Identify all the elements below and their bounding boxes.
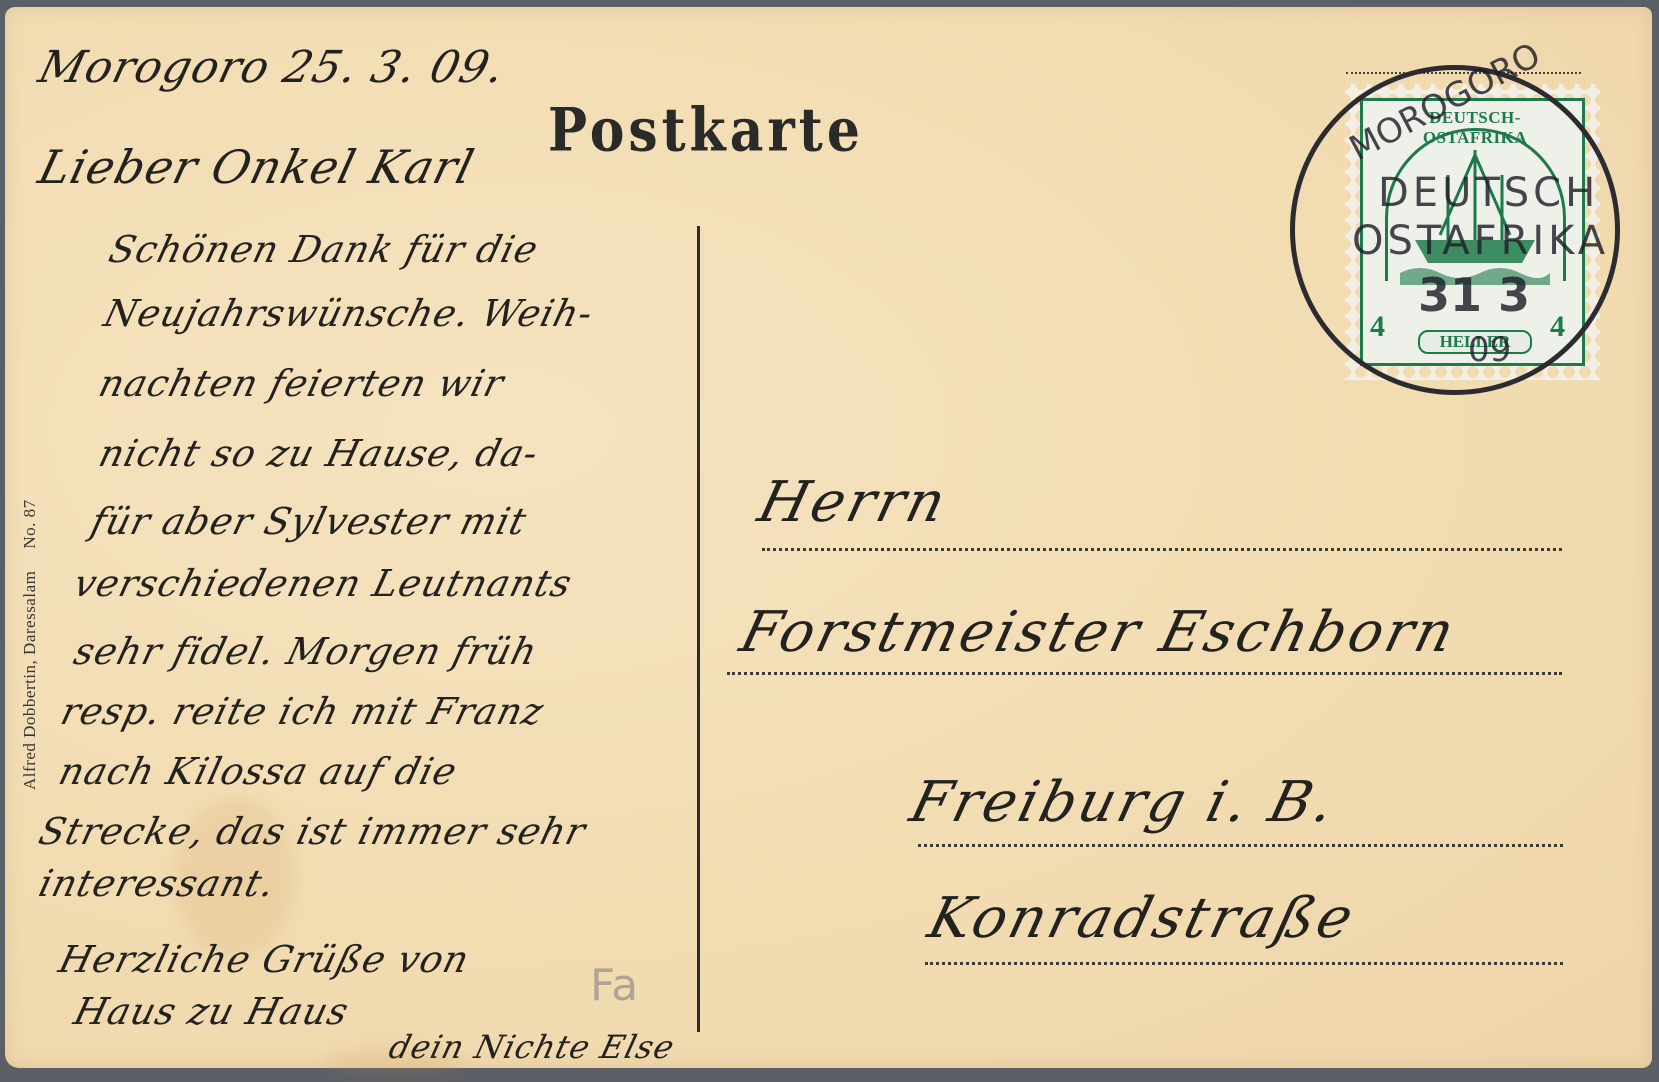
message-line: nachten feierten wir [95, 362, 509, 405]
place-date: Morogoro 25. 3. 09. [34, 42, 511, 93]
pencil-note: Fa [590, 960, 638, 1011]
message-line: nicht so zu Hause, da- [95, 432, 543, 475]
address-line: Forstmeister Eschborn [734, 600, 1463, 665]
postmark-line1: DEUTSCH [1378, 170, 1599, 216]
message-line: für aber Sylvester mit [87, 500, 532, 543]
publisher-number: No. 87 [20, 499, 39, 548]
address-line: Herrn [752, 470, 955, 535]
address-line: Konradstraße [922, 886, 1362, 951]
address-dotted-line [727, 672, 1562, 675]
message-line: verschiedenen Leutnants [70, 562, 577, 605]
message-line: nach Kilossa auf die [55, 750, 462, 793]
publisher-imprint: Alfred Dobbertin, DaressalamNo. 87 [20, 499, 40, 790]
message-line: Strecke, das ist immer sehr [35, 810, 591, 853]
address-line: Freiburg i. B. [904, 770, 1344, 835]
postmark-line2: OSTAFRIKA [1352, 218, 1609, 264]
address-dotted-line [762, 548, 1562, 551]
closing-line: Haus zu Haus [70, 990, 354, 1033]
message-address-divider [697, 226, 700, 1032]
signature: dein Nichte Else [385, 1028, 679, 1066]
address-dotted-line [925, 962, 1563, 965]
message-line: sehr fidel. Morgen früh [70, 630, 542, 673]
postcard-title: Postkarte [548, 95, 864, 165]
postmark-date: 31 3 [1418, 268, 1530, 322]
postmark-year: 09 [1468, 330, 1511, 370]
salutation: Lieber Onkel Karl [33, 140, 479, 194]
message-line: Neujahrswünsche. Weih- [100, 292, 598, 335]
publisher-name: Alfred Dobbertin, Daressalam [20, 571, 39, 790]
address-dotted-line [918, 844, 1563, 847]
message-line: resp. reite ich mit Franz [57, 690, 549, 733]
message-line: interessant. [35, 862, 280, 905]
closing-line: Herzliche Grüße von [55, 938, 474, 981]
message-line: Schönen Dank für die [105, 228, 543, 271]
